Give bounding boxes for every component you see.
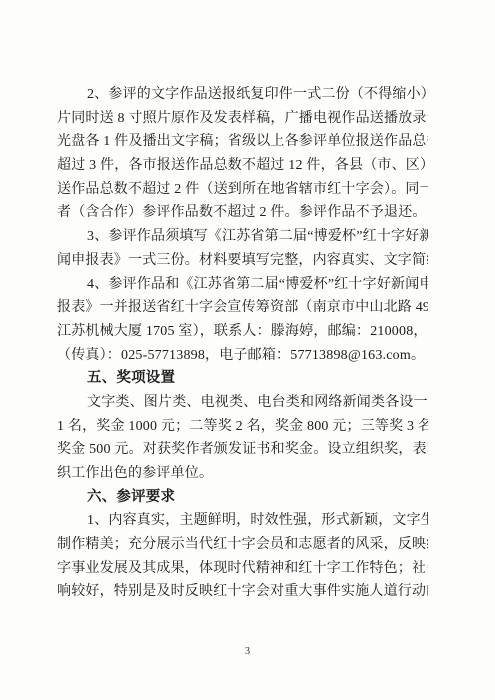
- body-text-line: 光盘各 1 件及播出文字稿；省级以上各参评单位报送作品总数不: [57, 130, 428, 154]
- document-page: 2、参评的文字作品送报纸复印件一式二份（不得缩小），图 片同时送 8 寸照片原作…: [0, 0, 495, 700]
- body-text-line: 片同时送 8 寸照片原作及发表样稿，广播电视作品送播放录音、: [57, 107, 428, 131]
- body-text-line: 字事业发展及其成果，体现时代精神和红十字工作特色；社会反: [57, 557, 428, 581]
- body-text-line: 超过 3 件，各市报送作品总数不超过 12 件，各县（市、区）报: [57, 154, 428, 178]
- body-text-line: 1、内容真实，主题鲜明，时效性强，形式新颖，文字生动，: [57, 509, 428, 533]
- body-text-line: 1 名，奖金 1000 元；二等奖 2 名，奖金 800 元；三等奖 3 名，: [57, 415, 428, 439]
- body-text-line: 送作品总数不超过 2 件（送到所在地省辖市红十字会）。同一作: [57, 178, 428, 202]
- body-text-line: 报表》一并报送省红十字会宣传筹资部（南京市中山北路 49 号: [57, 296, 428, 320]
- document-body: 2、参评的文字作品送报纸复印件一式二份（不得缩小），图 片同时送 8 寸照片原作…: [57, 83, 428, 604]
- body-text-line: 响较好，特别是及时反映红十字会对重大事件实施人道行动的报: [57, 580, 428, 604]
- section-heading-awards: 五、奖项设置: [57, 367, 428, 391]
- page-number: 3: [0, 646, 495, 657]
- body-text-line: 者（含合作）参评作品数不超过 2 件。参评作品不予退还。: [57, 201, 428, 225]
- body-text-line: 文字类、图片类、电视类、电台类和网络新闻类各设一等奖: [57, 391, 428, 415]
- body-text-line: （传真）：025-57713898，电子邮箱：57713898@163.com。: [57, 344, 428, 368]
- body-text-line: 江苏机械大厦 1705 室），联系人：滕海婷，邮编：210008，电话: [57, 320, 428, 344]
- section-heading-requirements: 六、参评要求: [57, 486, 428, 510]
- body-text-line: 制作精美；充分展示当代红十字会员和志愿者的风采，反映红十: [57, 533, 428, 557]
- body-text-line: 3、参评作品须填写《江苏省第二届“博爱杯”红十字好新: [57, 225, 428, 249]
- body-text-line: 4、参评作品和《江苏省第二届“博爱杯”红十字好新闻申: [57, 273, 428, 297]
- body-text-line: 织工作出色的参评单位。: [57, 462, 428, 486]
- body-text-line: 2、参评的文字作品送报纸复印件一式二份（不得缩小），图: [57, 83, 428, 107]
- body-text-line: 闻申报表》一式三份。材料要填写完整，内容真实、文字简练。: [57, 249, 428, 273]
- body-text-line: 奖金 500 元。对获奖作者颁发证书和奖金。设立组织奖，表彰组: [57, 438, 428, 462]
